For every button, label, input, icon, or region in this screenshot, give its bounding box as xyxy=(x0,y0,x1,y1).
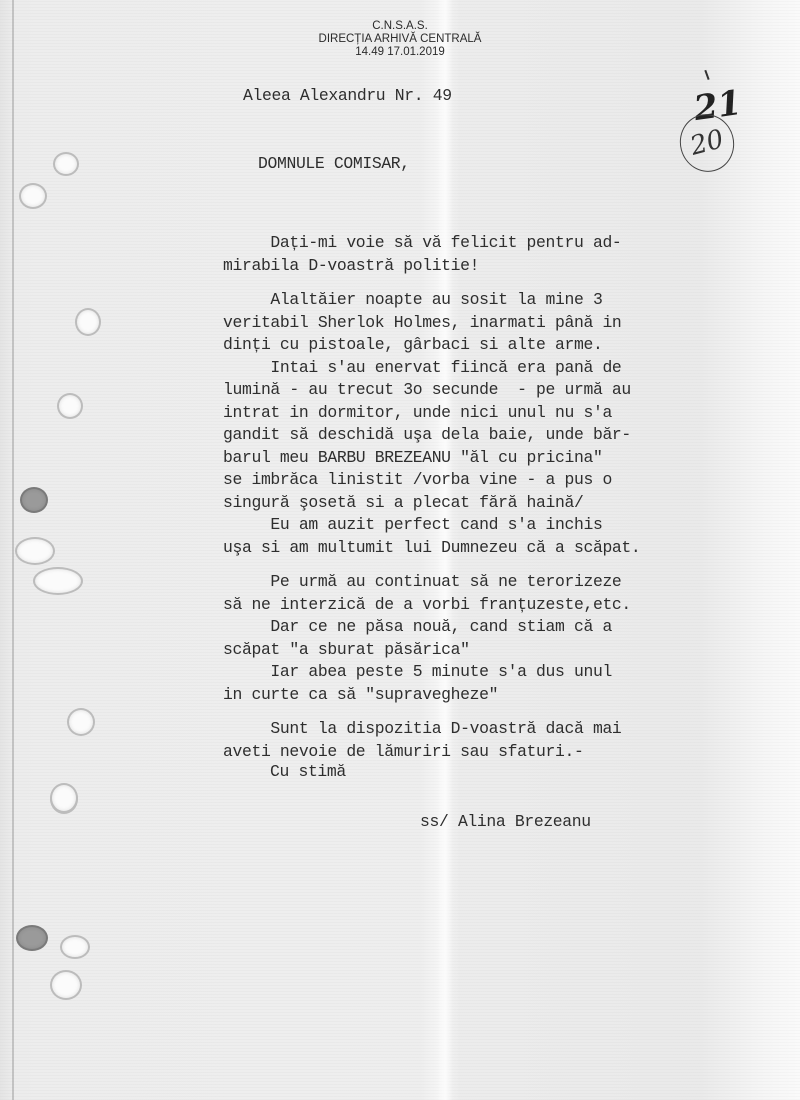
letter-line xyxy=(223,559,640,571)
letter-line: se imbrăca linistit /vorba vine - a pus … xyxy=(223,469,640,492)
letter-line: să ne interzică de a vorbi franțuzeste,e… xyxy=(223,594,640,617)
letter-line xyxy=(223,277,640,289)
punch-hole xyxy=(67,708,95,736)
letter-line: barul meu BARBU BREZEANU "ăl cu pricina" xyxy=(223,447,640,470)
punch-hole xyxy=(60,935,90,959)
letter-line: Pe urmă au continuat să ne terorizeze xyxy=(223,571,640,594)
letter-body: Dați-mi voie să vă felicit pentru ad-mir… xyxy=(223,232,640,763)
letter-line: uşa si am multumit lui Dumnezeu că a scă… xyxy=(223,537,640,560)
punch-hole xyxy=(15,537,55,565)
letter-line: Intai s'au enervat fiincă era pană de xyxy=(223,357,640,380)
letter-line: lumină - au trecut 3o secunde - pe urmă … xyxy=(223,379,640,402)
archive-stamp: C.N.S.A.S. DIRECȚIA ARHIVĂ CENTRALĂ 14.4… xyxy=(250,20,550,59)
punch-hole xyxy=(20,487,48,513)
punch-hole xyxy=(50,970,82,1000)
stamp-timestamp: 14.49 17.01.2019 xyxy=(250,46,550,59)
letter-line: dinți cu pistoale, gârbaci si alte arme. xyxy=(223,334,640,357)
letter-line: Eu am auzit perfect cand s'a inchis xyxy=(223,514,640,537)
punch-hole xyxy=(75,308,101,336)
letter-line: scăpat "a sburat păsărica" xyxy=(223,639,640,662)
letter-line: Iar abea peste 5 minute s'a dus unul xyxy=(223,661,640,684)
page-edge-shadow xyxy=(12,0,14,1100)
punch-hole xyxy=(53,152,79,176)
pen-mark xyxy=(704,70,709,80)
salutation: DOMNULE COMISAR, xyxy=(258,153,410,176)
stamp-department: DIRECȚIA ARHIVĂ CENTRALĂ xyxy=(250,33,550,46)
punch-hole xyxy=(50,783,78,813)
scanned-page: C.N.S.A.S. DIRECȚIA ARHIVĂ CENTRALĂ 14.4… xyxy=(0,0,800,1100)
closing: Cu stimă xyxy=(270,761,346,784)
letter-line: intrat in dormitor, unde nici unul nu s'… xyxy=(223,402,640,425)
letter-line: veritabil Sherlok Holmes, inarmati până … xyxy=(223,312,640,335)
letter-line: Dați-mi voie să vă felicit pentru ad- xyxy=(223,232,640,255)
punch-hole xyxy=(33,567,83,595)
letter-line: mirabila D-voastră politie! xyxy=(223,255,640,278)
signature: ss/ Alina Brezeanu xyxy=(420,811,591,834)
punch-hole xyxy=(16,925,48,951)
letter-line: Dar ce ne păsa nouă, cand stiam că a xyxy=(223,616,640,639)
letter-line: gandit să deschidă uşa dela baie, unde b… xyxy=(223,424,640,447)
punch-hole xyxy=(19,183,47,209)
letter-line: singură şosetă si a plecat fără haină/ xyxy=(223,492,640,515)
letter-line: Alaltăier noapte au sosit la mine 3 xyxy=(223,289,640,312)
stamp-institution: C.N.S.A.S. xyxy=(250,20,550,33)
letter-line: Sunt la dispozitia D-voastră dacă mai xyxy=(223,718,640,741)
circled-folio-text: 20 xyxy=(687,124,727,162)
letter-line: aveti nevoie de lămuriri sau sfaturi.- xyxy=(223,741,640,764)
punch-hole xyxy=(57,393,83,419)
letter-line xyxy=(223,706,640,718)
sender-address: Aleea Alexandru Nr. 49 xyxy=(243,85,452,108)
letter-line: in curte ca să "supravegheze" xyxy=(223,684,640,707)
